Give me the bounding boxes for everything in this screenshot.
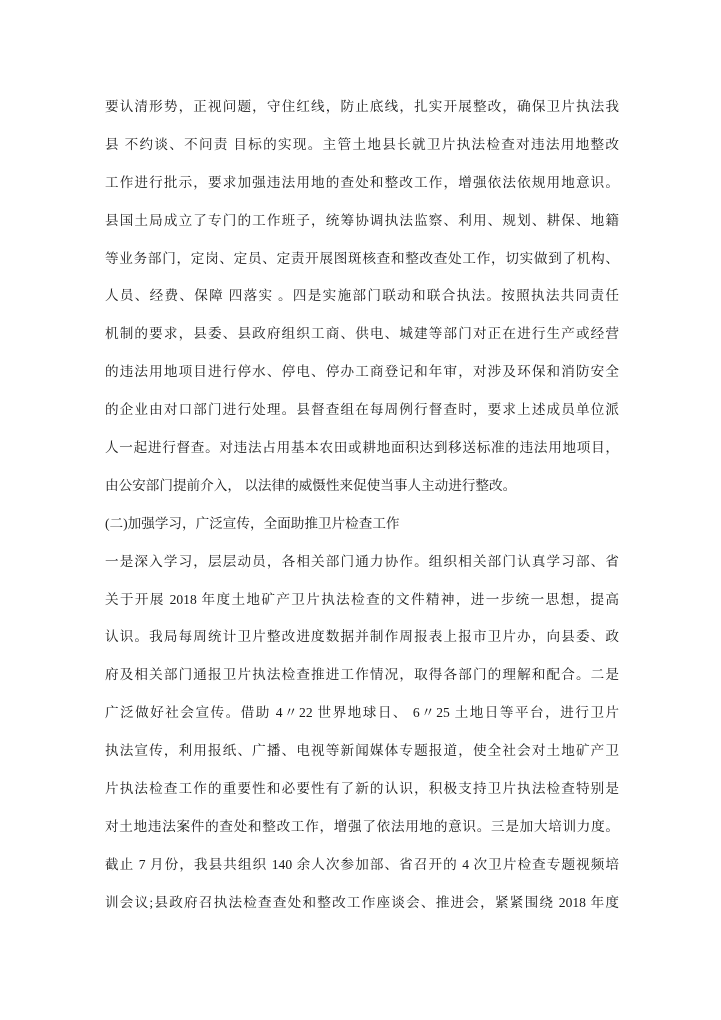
section-heading: (二)加强学习，广泛宣传，全面助推卫片检查工作 <box>105 505 619 543</box>
text-line: 训会议;县政府召执法检查查处和整改工作座谈会、推进会，紧紧围绕 2018 年度 <box>105 884 619 922</box>
text-line: 一是深入学习，层层动员，各相关部门通力协作。组织相关部门认真学习部、省 <box>105 543 619 581</box>
text-line: 人一起进行督查。对违法占用基本农田或耕地面积达到移送标准的违法用地项目， <box>105 429 619 467</box>
text-line: 执法宣传，利用报纸、广播、电视等新闻媒体专题报道，使全社会对土地矿产卫 <box>105 732 619 770</box>
document-text-column: 要认清形势，正视问题，守住红线，防止底线，扎实开展整改，确保卫片执法我 县 不约… <box>105 88 619 922</box>
text-line: 广泛做好社会宣传。借助 4〃22 世界地球日、 6〃25 土地日等平台，进行卫片 <box>105 694 619 732</box>
text-line: 对土地违法案件的查处和整改工作，增强了依法用地的意识。三是加大培训力度。 <box>105 808 619 846</box>
text-line: 片执法检查工作的重要性和必要性有了新的认识，积极支持卫片执法检查特别是 <box>105 770 619 808</box>
text-line: 人员、经费、保障 四落实 。四是实施部门联动和联合执法。按照执法共同责任 <box>105 277 619 315</box>
text-line: 要认清形势，正视问题，守住红线，防止底线，扎实开展整改，确保卫片执法我 <box>105 88 619 126</box>
text-line: 的企业由对口部门进行处理。县督查组在每周例行督查时，要求上述成员单位派 <box>105 391 619 429</box>
text-line: 机制的要求，县委、县政府组织工商、供电、城建等部门对正在进行生产或经营 <box>105 315 619 353</box>
text-line: 工作进行批示，要求加强违法用地的查处和整改工作，增强依法依规用地意识。 <box>105 164 619 202</box>
text-line: 关于开展 2018 年度土地矿产卫片执法检查的文件精神，进一步统一思想，提高 <box>105 581 619 619</box>
text-line: 府及相关部门通报卫片执法检查推进工作情况，取得各部门的理解和配合。二是 <box>105 656 619 694</box>
text-line: 由公安部门提前介入， 以法律的威慑性来促使当事人主动进行整改。 <box>105 467 619 505</box>
text-line: 认识。我局每周统计卫片整改进度数据并制作周报表上报市卫片办，向县委、政 <box>105 618 619 656</box>
text-line: 等业务部门，定岗、定员、定责开展图斑核查和整改查处工作，切实做到了机构、 <box>105 240 619 278</box>
text-line: 截止 7 月份，我县共组织 140 余人次参加部、省召开的 4 次卫片检查专题视… <box>105 846 619 884</box>
text-line: 县 不约谈、不问责 目标的实现。主管土地县长就卫片执法检查对违法用地整改 <box>105 126 619 164</box>
text-line: 县国土局成立了专门的工作班子，统筹协调执法监察、利用、规划、耕保、地籍 <box>105 202 619 240</box>
document-page: 要认清形势，正视问题，守住红线，防止底线，扎实开展整改，确保卫片执法我 县 不约… <box>0 0 721 1020</box>
text-line: 的违法用地项目进行停水、停电、停办工商登记和年审，对涉及环保和消防安全 <box>105 353 619 391</box>
